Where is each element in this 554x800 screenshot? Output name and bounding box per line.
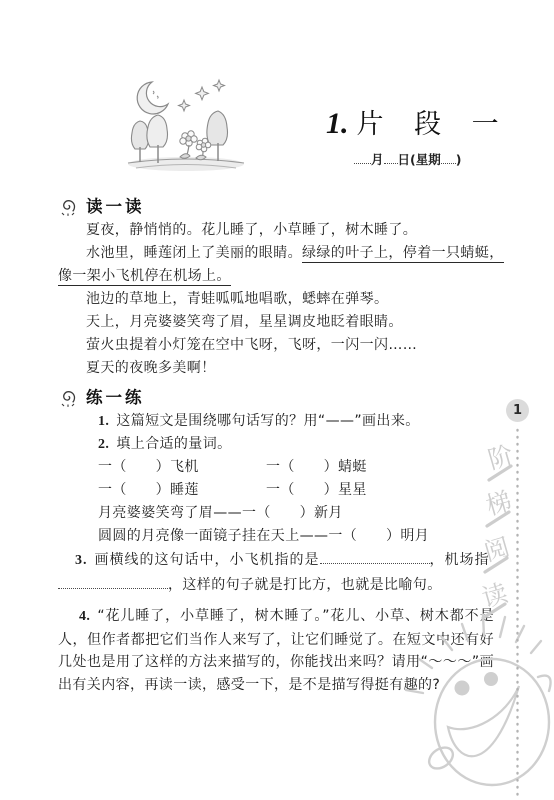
measure-word-exercise: 一（ ）飞机 一（ ）蜻蜓 一（ ）睡莲 一（ ）星星 月亮婆婆笑弯了眉——一（…	[98, 456, 494, 548]
passage-line: 天上，月亮婆婆笑弯了眉，星星调皮地眨着眼睛。	[58, 311, 494, 334]
passage-line: 萤火虫提着小灯笼在空中飞呀，飞呀，一闪一闪……	[58, 334, 494, 357]
spiral-icon	[58, 196, 79, 217]
page-number-badge: 1	[506, 399, 529, 422]
passage-line: 夏夜，静悄悄的。花儿睡了，小草睡了，树木睡了。	[58, 219, 494, 242]
measure-word-blank: 一（ ）蜻蜓	[266, 456, 367, 479]
moon-icon	[137, 82, 168, 114]
date-month-blank	[354, 152, 371, 164]
lesson-number: 1.	[326, 107, 349, 140]
underlined-simile-text: 绿绿的叶子上，停着一只蜻蜓，	[302, 245, 504, 263]
spiral-icon	[58, 387, 79, 408]
measure-word-row: 圆圆的月亮像一面镜子挂在天上——一（ ）明月	[98, 525, 494, 548]
read-heading-label: 读一读	[86, 195, 145, 218]
passage-line: 池边的草地上，青蛙呱呱地唱歌，蟋蟀在弹琴。	[58, 288, 494, 311]
date-day-label: 日(星期	[398, 152, 441, 167]
measure-word-row: 月亮婆婆笑弯了眉——一（ ）新月	[98, 502, 494, 525]
flowers-icon	[180, 131, 211, 160]
question-3: 3.画横线的这句话中，小飞机指的是，机场指	[75, 549, 494, 572]
question-number: 4.	[79, 609, 90, 624]
stars-icon	[179, 80, 225, 111]
workbook-page: 1.片 段 一 月日(星期) 读一读 夏夜，静悄悄的。花儿睡了，小草睡了，树木睡…	[0, 0, 554, 800]
read-section-heading: 读一读	[58, 193, 494, 219]
passage-line: 像一架小飞机停在机场上。	[58, 265, 494, 288]
content-column: 读一读 夏夜，静悄悄的。花儿睡了，小草睡了，树木睡了。 水池里，睡莲闭上了美丽的…	[58, 193, 494, 696]
lesson-title-text: 片 段 一	[357, 109, 510, 140]
passage-line: 水池里，睡莲闭上了美丽的眼睛。绿绿的叶子上，停着一只蜻蜓，	[58, 242, 494, 265]
reading-passage: 夏夜，静悄悄的。花儿睡了，小草睡了，树木睡了。 水池里，睡莲闭上了美丽的眼睛。绿…	[58, 219, 494, 380]
date-close-paren: )	[456, 152, 462, 167]
question-number: 2.	[98, 437, 109, 452]
date-month-label: 月	[371, 152, 384, 167]
question-number: 1.	[98, 414, 109, 429]
question-1: 1.这篇短文是围绕哪句话写的？用“——”画出来。	[98, 410, 494, 433]
underlined-simile-text: 像一架小飞机停在机场上。	[58, 268, 231, 286]
date-week-blank	[441, 152, 456, 164]
fill-in-blank	[58, 576, 168, 589]
measure-word-blank: 一（ ）睡莲	[98, 479, 266, 502]
trees-icon	[131, 111, 227, 163]
question-4: 4.“花儿睡了，小草睡了，树木睡了。”花儿、小草、树木都不是人，但作者都把它们当…	[58, 605, 494, 696]
practice-section-heading: 练一练	[58, 384, 494, 410]
measure-word-blank: 一（ ）星星	[266, 479, 367, 502]
measure-word-blank: 一（ ）飞机	[98, 456, 266, 479]
measure-word-row: 一（ ）睡莲 一（ ）星星	[98, 479, 494, 502]
measure-word-row: 一（ ）飞机 一（ ）蜻蜓	[98, 456, 494, 479]
question-2: 2.填上合适的量词。	[98, 433, 494, 456]
date-fill-line: 月日(星期)	[354, 150, 526, 168]
practice-heading-label: 练一练	[86, 386, 145, 409]
date-day-blank	[384, 152, 398, 164]
lesson-title: 1.片 段 一	[326, 102, 526, 141]
question-number: 3.	[75, 553, 88, 568]
night-scene-illustration	[122, 76, 250, 178]
passage-line: 夏天的夜晚多美啊！	[58, 357, 494, 380]
page-number: 1	[513, 403, 522, 418]
fill-in-blank	[320, 551, 430, 564]
question-3-continued: ，这样的句子就是打比方，也就是比喻句。	[58, 574, 494, 597]
